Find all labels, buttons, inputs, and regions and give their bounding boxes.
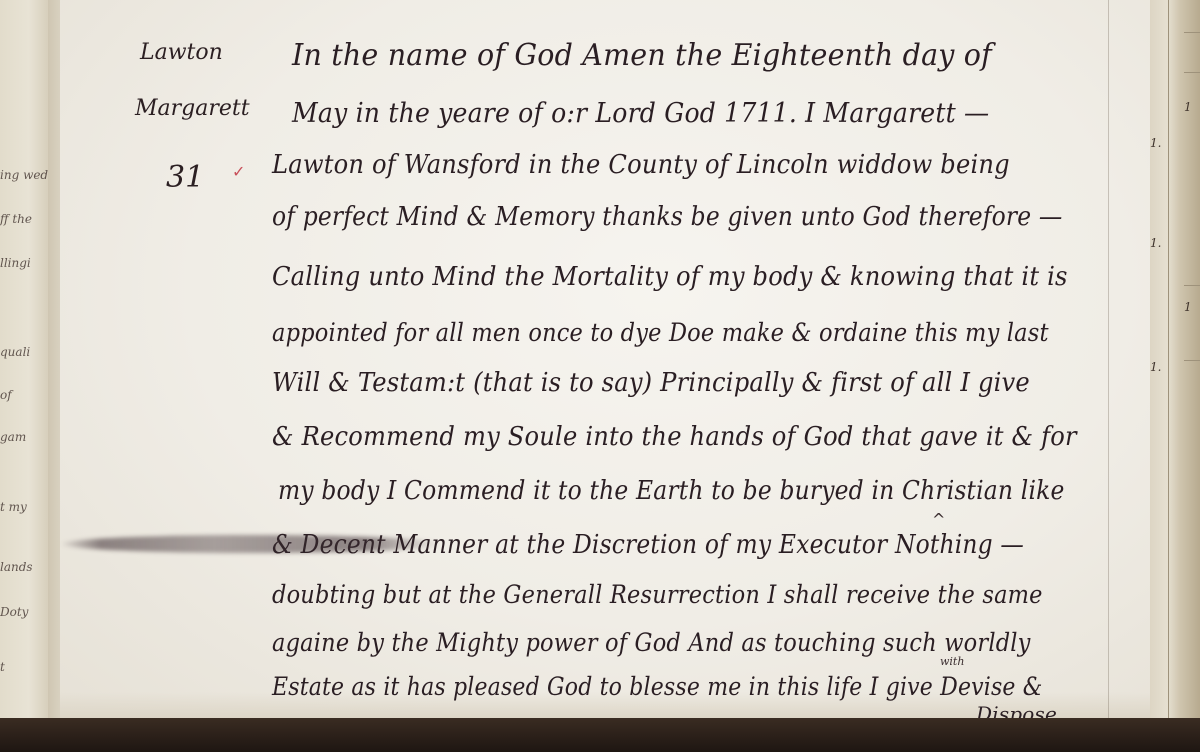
edge-tick [1184,360,1200,361]
edge-mark: 1. [1150,136,1161,150]
insertion-caret-icon: ^ [932,510,945,529]
will-line-12: againe by the Mighty power of God And as… [272,628,1031,657]
interlinear-insert: with [940,655,964,668]
edge-tick [1184,32,1200,33]
book-binding-shadow [0,718,1200,752]
check-mark-icon: ✓ [232,162,245,181]
left-page-fragment: t [0,660,5,674]
edge-mark: 1. [1150,236,1161,250]
edge-mark: 1 [1184,300,1192,314]
ink-smudge [62,535,442,553]
page-stack-edge: 1 1. 1 1. 1. [1150,0,1200,722]
will-line-1: In the name of God Amen the Eighteenth d… [292,38,992,73]
will-line-13: Estate as it has pleased God to blesse m… [272,672,1043,701]
edge-tick [1184,285,1200,286]
will-line-8: & Recommend my Soule into the hands of G… [272,422,1077,452]
margin-forename: Margarett [135,96,250,121]
left-page-fragment: Doty [0,605,28,619]
edge-tick [1184,72,1200,73]
right-margin-rule [1108,0,1109,718]
will-line-9: my body I Commend it to the Earth to be … [278,476,1065,506]
will-line-7: Will & Testam:t (that is to say) Princip… [272,368,1030,398]
left-page-fragment: llingi [0,256,31,270]
will-line-5: Calling unto Mind the Mortality of my bo… [272,262,1068,292]
edge-rule [1168,0,1169,722]
will-line-3: Lawton of Wansford in the County of Linc… [272,150,1010,180]
edge-mark: 1. [1150,360,1161,374]
entry-number: 31 [166,160,204,195]
will-line-2: May in the yeare of o:r Lord God 1711. I… [292,98,989,129]
previous-page-edge: ing wed ff the llingi quali of gam t my … [0,0,49,720]
left-page-fragment: of [0,388,12,402]
manuscript-photo: ing wed ff the llingi quali of gam t my … [0,0,1200,752]
left-page-fragment: gam [0,430,26,444]
will-line-11: doubting but at the Generall Resurrectio… [272,580,1043,609]
left-page-fragment: quali [0,345,30,359]
left-page-fragment: ff the [0,212,32,226]
left-page-fragment: t my [0,500,27,514]
left-page-fragment: lands [0,560,33,574]
will-line-6: appointed for all men once to dye Doe ma… [272,318,1049,347]
margin-surname: Lawton [140,40,223,65]
left-page-fragment: ing wed [0,168,48,182]
will-line-4: of perfect Mind & Memory thanks be given… [272,202,1062,232]
edge-mark: 1 [1184,100,1192,114]
